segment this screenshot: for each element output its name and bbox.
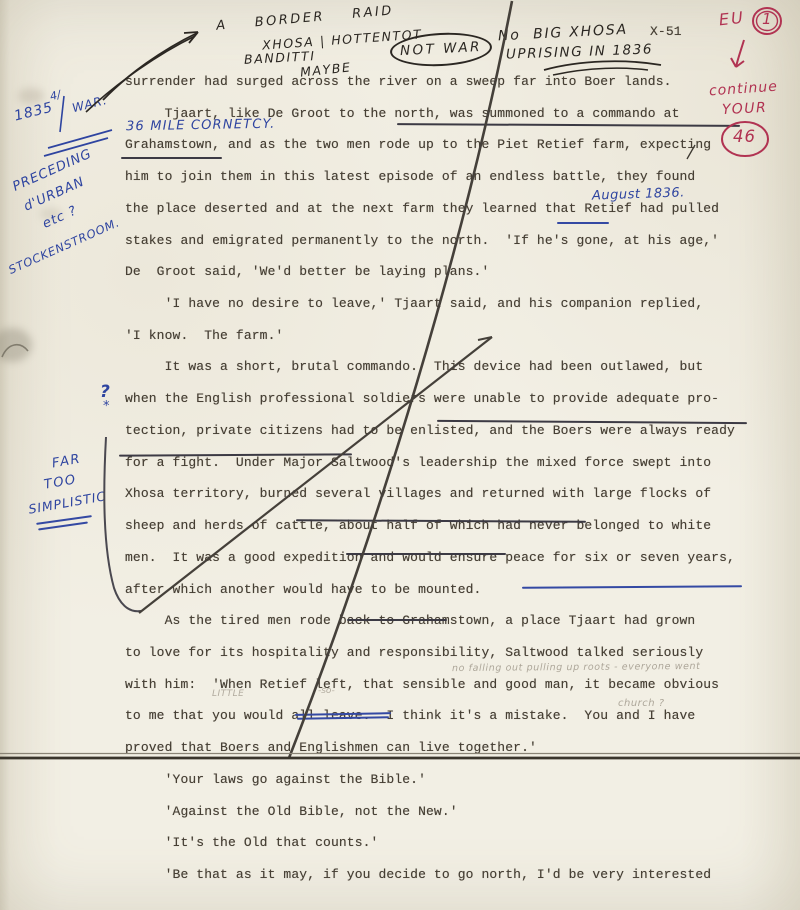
note-year-1835: 1835: [13, 100, 55, 124]
note-circled-46: 46: [733, 128, 756, 145]
note-not-war: NOT WAR: [400, 40, 483, 58]
underline-summoned-commando: [397, 123, 740, 126]
underline-grahamstown: [121, 157, 222, 159]
typed-line: after which another would have to be mou…: [125, 582, 481, 597]
typed-line: 'Against the Old Bible, not the New.': [125, 804, 458, 819]
typed-line: De Groot said, 'We'd better be laying pl…: [125, 264, 489, 279]
underline-would-have: [347, 619, 447, 621]
typed-line: 'Your laws go against the Bible.': [125, 772, 426, 787]
typed-line: to me that you would all leave. I think …: [125, 708, 695, 723]
typed-line: Xhosa territory, burned several villages…: [125, 486, 711, 501]
war-divider-stroke: [60, 96, 64, 132]
underline-retief: [557, 222, 609, 224]
typed-line: for a fight. Under Major Saltwood's lead…: [125, 455, 711, 470]
typed-line: As the tired men rode back to Grahamstow…: [125, 613, 695, 628]
red-down-arrow: [736, 40, 744, 67]
note-too: TOO: [43, 473, 78, 492]
note-eu: EU: [718, 10, 745, 29]
typed-line: It was a short, brutal commando. This de…: [125, 359, 703, 374]
note-stockenstroom: STOCKENSTROOM.: [7, 216, 122, 276]
typed-line: 'I know. The farm.': [125, 328, 283, 343]
underline-six-seven-years: [522, 585, 742, 588]
note-pencil-little: LITTLE: [212, 690, 244, 699]
note-big-xhosa-1: No BIG XHOSA: [498, 23, 629, 44]
typed-line: him to join them in this latest episode …: [125, 169, 695, 184]
typed-line: 'It's the Old that counts.': [125, 835, 378, 850]
underline-about-half: [346, 553, 506, 555]
note-big-xhosa-2: UPRISING IN 1836: [506, 42, 654, 61]
typed-line: when the English professional soldiers w…: [125, 391, 719, 406]
note-border-raid: A BORDER RAID: [216, 4, 395, 33]
note-your: YOUR: [722, 101, 768, 118]
manuscript-page: surrender had surged across the river on…: [0, 0, 800, 910]
typed-line: 'I have no desire to leave,' Tjaart said…: [125, 296, 703, 311]
red-down-arrowhead-icon: [731, 58, 744, 67]
typed-line: surrender had surged across the river on…: [125, 74, 672, 89]
note-august-1836: August 1836.: [592, 186, 685, 203]
typed-line: to love for its hospitality and responsi…: [125, 645, 703, 660]
arrow-to-border-raid: [103, 33, 197, 100]
note-pencil-so: -so-: [318, 687, 335, 696]
flourish-under-uprising: [544, 61, 661, 70]
note-far: FAR: [51, 453, 82, 471]
typed-line: Grahamstown, and as the two men rode up …: [125, 137, 711, 152]
typed-line: proved that Boers and Englishmen can liv…: [125, 740, 537, 755]
paper-smudge: [0, 328, 32, 362]
note-cornetcy: 36 MILE CORNETCY.: [126, 118, 276, 134]
page-number: X-51: [650, 24, 682, 39]
note-war: WAR.: [71, 94, 109, 115]
margin-curl: [2, 345, 28, 357]
typed-line: tection, private citizens had to be enli…: [125, 423, 735, 438]
typed-line: the place deserted and at the next farm …: [125, 201, 719, 216]
note-circled-one: 1: [762, 12, 772, 28]
note-pencil-scribble: no falling out pulling up roots - everyo…: [452, 662, 701, 674]
rising-diagonal-tip: [478, 337, 492, 340]
note-asterisk: *: [103, 400, 110, 414]
note-pencil-church: church ?: [618, 699, 665, 710]
note-continue: continue: [709, 80, 779, 99]
note-etc: etc ?: [41, 204, 80, 231]
typed-line: stakes and emigrated permanently to the …: [125, 233, 719, 248]
typed-line: 'Be that as it may, if you decide to go …: [125, 867, 711, 882]
arrowhead-icon: [184, 32, 198, 43]
note-simplistic: SIMPLISTIC: [27, 489, 107, 516]
rising-diagonal-stroke: [139, 337, 492, 613]
